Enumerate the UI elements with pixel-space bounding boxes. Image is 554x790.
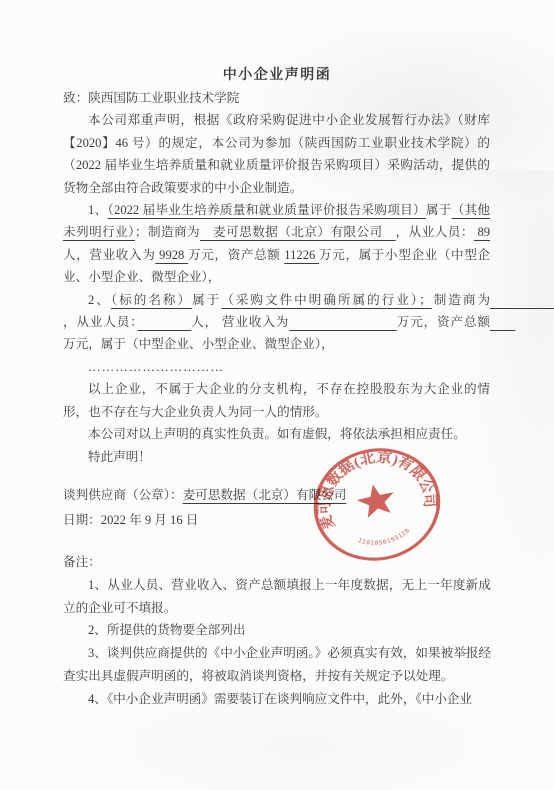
document-body: 致：陕西国防工业职业技术学院本公司郑重声明，根据《政府采购促进中小企业发展暂行办… <box>63 87 490 468</box>
text-segment: 特此声明！ <box>88 450 151 464</box>
assets-filled: 11226 <box>284 248 319 262</box>
ellipsis-row: ………………………… <box>63 356 490 378</box>
document-title: 中小企业声明函 <box>0 64 554 84</box>
text-segment: ………………………… <box>88 360 224 374</box>
star-icon <box>354 481 398 520</box>
text-segment: 1、 <box>88 203 107 217</box>
svg-text:麦可思数据(北京)有限公司: 麦可思数据(北京)有限公司 <box>305 438 442 532</box>
text-segment: 2、 <box>88 293 111 307</box>
text-segment: 本公司郑重声明，根据《政府采购促进中小企业发展暂行办法》（财库【2020】46 … <box>63 113 490 194</box>
text-segment: 2、所提供的货物要全部列出 <box>88 623 245 637</box>
date-label: 日期： <box>63 513 101 527</box>
supplier-label: 谈判供应商（公章）： <box>63 488 183 502</box>
note-4: 4、《中小企业声明函》需要装订在谈判响应文件中，此外，《中小企业 <box>63 688 491 711</box>
item-2: 2、（标的名称）属于（采购文件中明确所属的行业）；制造商为 ，从业人员： 人， … <box>63 289 490 356</box>
text-segment: 致：陕西国防工业职业技术学院 <box>63 91 239 105</box>
industry-template: （采购文件中明确所属的行业）； <box>221 293 431 307</box>
svg-text:1101050193128: 1101050193128 <box>355 526 413 551</box>
blank-assets <box>490 315 515 329</box>
text-segment: 属于 <box>426 203 452 217</box>
text-segment: 4、《中小企业声明函》需要装订在谈判响应文件中，此外，《中小企业 <box>88 692 472 706</box>
intro-paragraph: 本公司郑重声明，根据《政府采购促进中小企业发展暂行办法》（财库【2020】46 … <box>63 109 490 199</box>
text-segment: ，从业人员： <box>396 225 474 239</box>
blank-manufacturer <box>490 293 554 307</box>
item-1: 1、（2022 届毕业生培养质量和就业质量评价报告采购项目）属于（其他未列明行业… <box>63 199 490 289</box>
subject-name-template: （标的名称） <box>111 293 192 307</box>
text-segment: 备注： <box>63 555 101 569</box>
blank-employees <box>137 315 191 329</box>
notes-label: 备注： <box>63 551 491 574</box>
declaration-1: 以上企业，不属于大企业的分支机构，不存在控股股东为大企业的情形，也不存在与大企业… <box>63 378 490 423</box>
text-segment: 以上企业，不属于大企业的分支机构，不存在控股股东为大企业的情形，也不存在与大企业… <box>63 382 490 418</box>
text-segment: 1、从业人员、营业收入、资产总额填报上一年度数据，无上一年度新成立的企业可不填报… <box>63 578 491 615</box>
text-segment: 人， 营业收入为 <box>191 315 289 329</box>
text-segment: 属于 <box>192 293 221 307</box>
seal-company-name: 麦可思数据(北京)有限公司 <box>305 438 442 532</box>
text-segment: 3、谈判供应商提供的《中小企业声明函。》必须真实有效，如果被举报经查实出具虚假声… <box>63 646 491 683</box>
text-segment: ；制造商为 <box>135 225 200 239</box>
employees-filled: 89 <box>474 225 490 239</box>
text-segment: 人，营业收入为 <box>63 248 155 262</box>
note-2: 2、所提供的货物要全部列出 <box>63 619 491 642</box>
text-segment: 制造商为 <box>432 293 490 307</box>
notes-section: 备注：1、从业人员、营业收入、资产总额填报上一年度数据，无上一年度新成立的企业可… <box>63 551 491 711</box>
text-segment: 万元，资产总额 <box>188 248 284 262</box>
note-3: 3、谈判供应商提供的《中小企业声明函。》必须真实有效，如果被举报经查实出具虚假声… <box>63 642 491 688</box>
text-segment: ，从业人员： <box>63 315 137 329</box>
text-segment: 万元，属于（中型企业、小型企业、微型企业）， <box>63 337 334 351</box>
addressee-line: 致：陕西国防工业职业技术学院 <box>63 87 490 109</box>
project-name-filled: （2022 届毕业生培养质量和就业质量评价报告采购项目） <box>107 203 425 217</box>
text-segment: 万元，资产总额 <box>397 315 490 329</box>
revenue-filled: 9928 <box>155 248 188 262</box>
blank-revenue <box>289 315 397 329</box>
scanned-declaration-document: 中小企业声明函 致：陕西国防工业职业技术学院本公司郑重声明，根据《政府采购促进中… <box>0 0 554 790</box>
seal-serial-number: 1101050193128 <box>355 526 413 551</box>
manufacturer-filled: 麦可思数据（北京）有限公司 <box>200 225 396 239</box>
date-value: 2022 年 9 月 16 日 <box>101 513 199 527</box>
note-1: 1、从业人员、营业收入、资产总额填报上一年度数据，无上一年度新成立的企业可不填报… <box>63 574 491 620</box>
